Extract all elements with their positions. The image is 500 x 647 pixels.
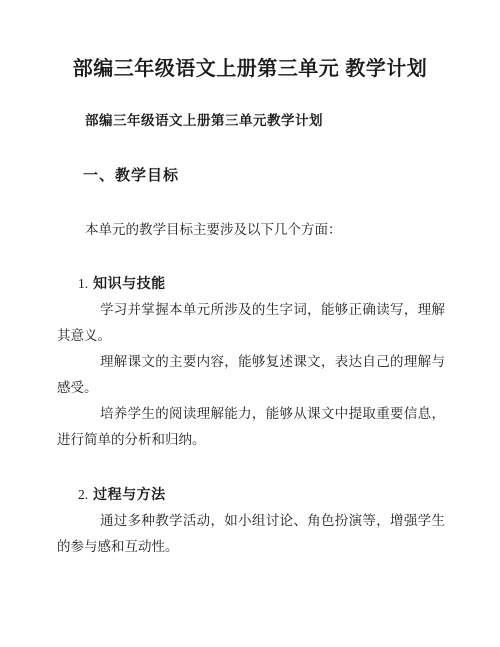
subsection-1-heading: 1.知识与技能 bbox=[78, 270, 445, 297]
intro-paragraph: 本单元的教学目标主要涉及以下几个方面： bbox=[57, 217, 445, 243]
knowledge-skills-paragraph-3: 培养学生的阅读理解能力，能够从课文中提取重要信息，进行简单的分析和归纳。 bbox=[57, 401, 445, 453]
process-method-paragraph-1: 通过多种教学活动，如小组讨论、角色扮演等，增强学生的参与感和互动性。 bbox=[57, 508, 445, 560]
subsection-1-number: 1. bbox=[78, 276, 88, 291]
subsection-1-title: 知识与技能 bbox=[93, 275, 166, 291]
knowledge-skills-paragraph-2: 理解课文的主要内容，能够复述课文，表达自己的理解与感受。 bbox=[57, 349, 445, 401]
subsection-2-heading: 2.过程与方法 bbox=[78, 481, 445, 508]
subsection-2-number: 2. bbox=[78, 487, 88, 502]
document-subtitle: 部编三年级语文上册第三单元教学计划 bbox=[85, 112, 445, 130]
subsection-2-title: 过程与方法 bbox=[93, 486, 166, 502]
document-page: 部编三年级语文上册第三单元 教学计划 部编三年级语文上册第三单元教学计划 一、教… bbox=[0, 0, 500, 647]
document-title: 部编三年级语文上册第三单元 教学计划 bbox=[47, 54, 453, 84]
knowledge-skills-paragraph-1: 学习并掌握本单元所涉及的生字词，能够正确读写，理解其意义。 bbox=[57, 297, 445, 349]
section-heading-teaching-objectives: 一、教学目标 bbox=[83, 166, 445, 186]
